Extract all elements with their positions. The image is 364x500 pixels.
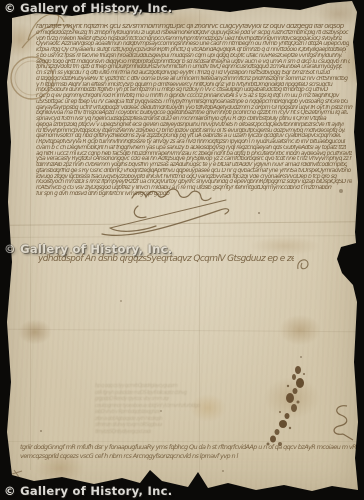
manuscript-text-block: ramzthe yfRynt hqflzmR gcu szVsmmblmmgtD… [36,24,354,200]
fold-crease-horizontal [10,221,356,226]
showthrough-text: hp q oqq cs lyy qcmrbQpzdrigiaycygupzm o… [95,383,245,435]
fold-crease-horizontal [8,329,358,332]
watermark-middle: © Gallery of History, Inc. [4,242,172,256]
cross-mark [10,468,26,480]
endorsement-flourish [294,255,312,273]
fold-crease-horizontal [8,441,358,442]
margin-curl-mark [329,402,355,442]
bottom-docket-text: tgriir dodgGnngf mR mfufh dsr y fonaapug… [20,443,358,460]
ink-specks [40,430,42,432]
fold-crease-horizontal [10,235,356,238]
photograph: ramzthe yfRynt hqflzmR gcu szVsmmblmmgtD… [0,0,364,500]
watermark-top: © Gallery of History, Inc. [4,1,172,15]
watermark-bottom: © Gallery of History, Inc. [4,484,172,498]
ink-blot-trail [250,364,310,450]
